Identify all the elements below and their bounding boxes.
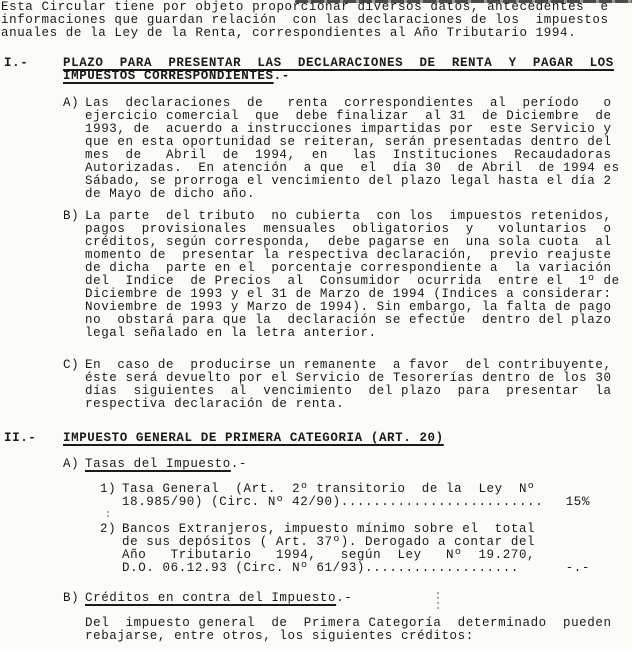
rate-entry-1-number: 1)	[100, 483, 122, 496]
rate-entry-1-value: 15%	[566, 496, 590, 509]
scan-tick-artifact	[107, 511, 109, 519]
item-c-label: C)	[63, 359, 85, 411]
section-1-heading: PLAZO PARA PRESENTAR LAS DECLARACIONES D…	[63, 57, 614, 83]
item-a-text: Las declaraciones de renta correspondien…	[85, 97, 620, 201]
scan-dash-artifact	[437, 592, 439, 612]
rate-entry-2-value: -.-	[566, 562, 590, 575]
section-2-heading-text: IMPUESTO GENERAL DE PRIMERA CATEGORIA (A…	[63, 431, 444, 445]
subsection-b-paragraph: Del impuesto general de Primera Categorí…	[85, 617, 632, 643]
rate-entry-2-number: 2)	[100, 523, 122, 536]
subsection-b-title: Créditos en contra del Impuesto.-	[85, 592, 352, 605]
section-1-heading-line2: IMPUESTOS CORRESPONDIENTES	[63, 69, 274, 83]
rate-entry-1-text: Tasa General (Art. 2º transitorio de la …	[122, 483, 543, 509]
section-1: I.- PLAZO PARA PRESENTAR LAS DECLARACION…	[0, 57, 632, 83]
subsection-a-title: Tasas del Impuesto.-	[85, 458, 247, 471]
item-c: C) En caso de producirse un remanente a …	[63, 359, 632, 411]
rate-entry-1: 1) Tasa General (Art. 2º transitorio de …	[100, 483, 632, 509]
section-2-heading: IMPUESTO GENERAL DE PRIMERA CATEGORIA (A…	[63, 432, 444, 445]
subsection-b-paragraph-wrap: Del impuesto general de Primera Categorí…	[85, 617, 632, 643]
section-2: II.- IMPUESTO GENERAL DE PRIMERA CATEGOR…	[0, 432, 632, 445]
intro-paragraph: Esta Circular tiene por objeto proporcio…	[1, 1, 632, 40]
rate-entry-2: 2) Bancos Extranjeros, impuesto mínimo s…	[100, 523, 632, 575]
section-2-number: II.-	[0, 432, 63, 445]
rate-entry-2-text: Bancos Extranjeros, impuesto mínimo sobr…	[122, 523, 535, 575]
subsection-a-label: A)	[63, 458, 85, 471]
item-c-text: En caso de producirse un remanente a fav…	[85, 359, 612, 411]
subsection-b: B) Créditos en contra del Impuesto.-	[63, 592, 632, 605]
section-1-heading-line1: PLAZO PARA PRESENTAR LAS DECLARACIONES D…	[63, 56, 614, 70]
item-b-text: La parte del tributo no cubierta con los…	[85, 210, 620, 340]
subsection-b-label: B)	[63, 592, 85, 605]
item-a-label: A)	[63, 97, 85, 201]
item-b-label: B)	[63, 210, 85, 340]
subsection-a: A) Tasas del Impuesto.-	[63, 458, 632, 471]
item-b: B) La parte del tributo no cubierta con …	[63, 210, 632, 340]
scanned-circular-page: Esta Circular tiene por objeto proporcio…	[0, 0, 632, 649]
item-a: A) Las declaraciones de renta correspond…	[63, 97, 632, 201]
section-1-heading-suffix: .-	[274, 69, 290, 83]
scan-edge-artifact	[295, 0, 632, 3]
section-1-number: I.-	[0, 57, 63, 83]
